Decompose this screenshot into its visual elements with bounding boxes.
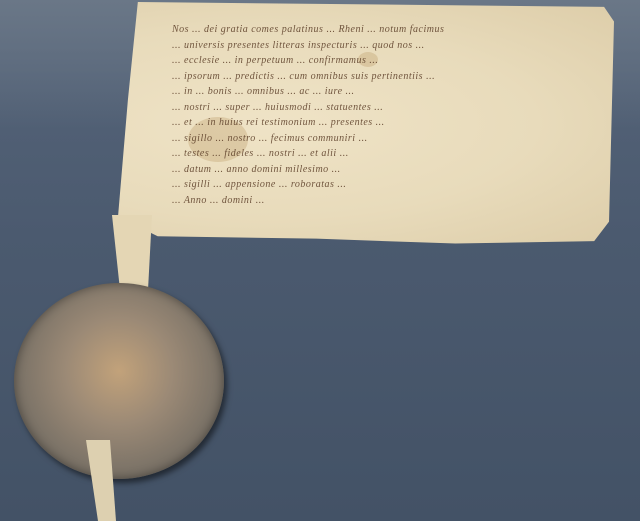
text-line: ... sigilli ... appensione ... roboratas…: [172, 177, 594, 193]
text-line: ... sigillo ... nostro ... fecimus commu…: [172, 131, 594, 147]
text-line: ... et ... in huius rei testimonium ... …: [172, 115, 594, 131]
seal-tag-upper: [112, 215, 152, 290]
wax-seal: [14, 283, 224, 479]
text-line: ... ecclesie ... in perpetuum ... confir…: [172, 53, 594, 69]
text-line: ... nostri ... super ... huiusmodi ... s…: [172, 100, 594, 116]
text-line: ... testes ... fideles ... nostri ... et…: [172, 146, 594, 162]
text-line: ... Anno ... domini ...: [172, 193, 594, 209]
parchment-charter: Nos ... dei gratia comes palatinus ... R…: [118, 2, 614, 246]
text-line: Nos ... dei gratia comes palatinus ... R…: [172, 22, 594, 38]
text-line: ... datum ... anno domini millesimo ...: [172, 162, 594, 178]
text-line: ... universis presentes litteras inspect…: [172, 38, 594, 54]
handwritten-text: Nos ... dei gratia comes palatinus ... R…: [172, 22, 594, 208]
text-line: ... in ... bonis ... omnibus ... ac ... …: [172, 84, 594, 100]
text-line: ... ipsorum ... predictis ... cum omnibu…: [172, 69, 594, 85]
